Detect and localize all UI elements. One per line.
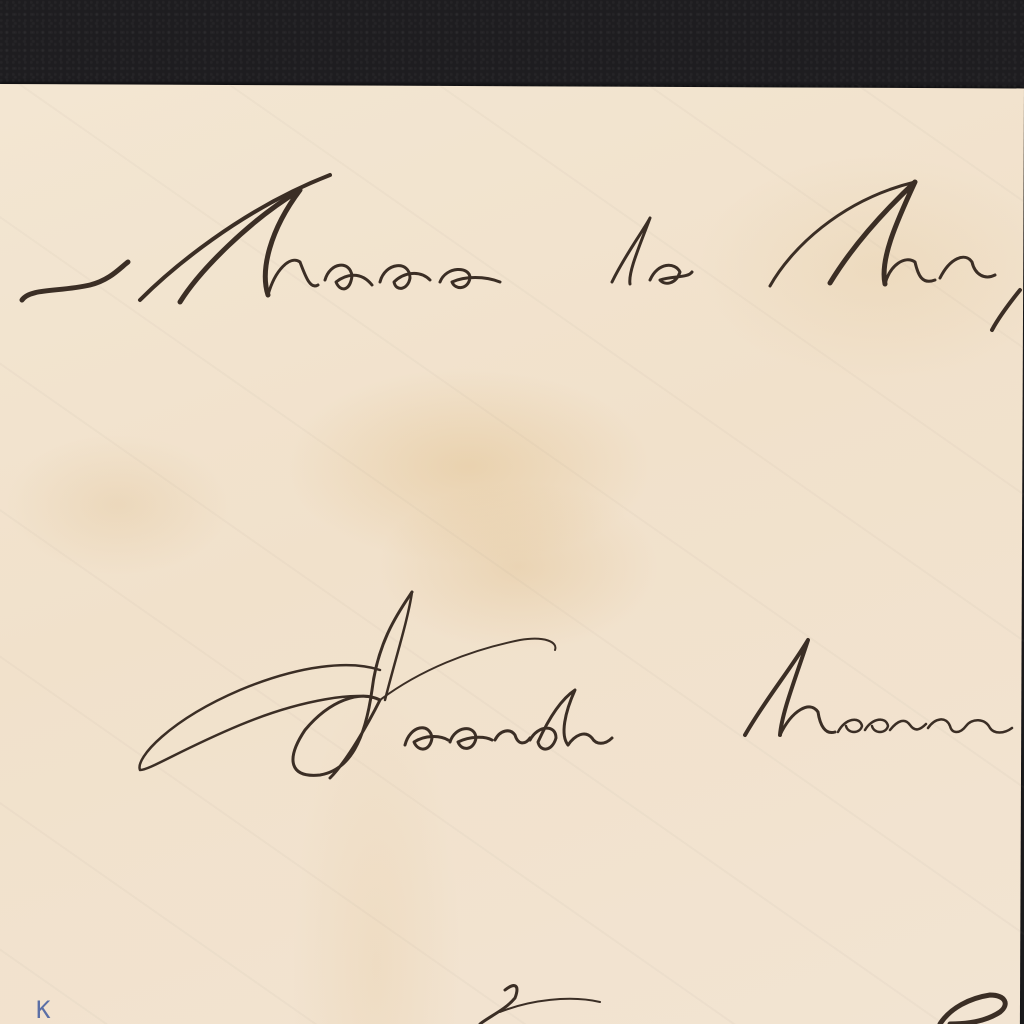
address-line-handwriting	[22, 175, 1020, 330]
body-line-start-handwriting	[480, 986, 1005, 1024]
salutation-handwriting	[140, 592, 1012, 778]
handwriting-layer	[0, 0, 1024, 1024]
margin-stamp: K	[36, 996, 52, 1024]
